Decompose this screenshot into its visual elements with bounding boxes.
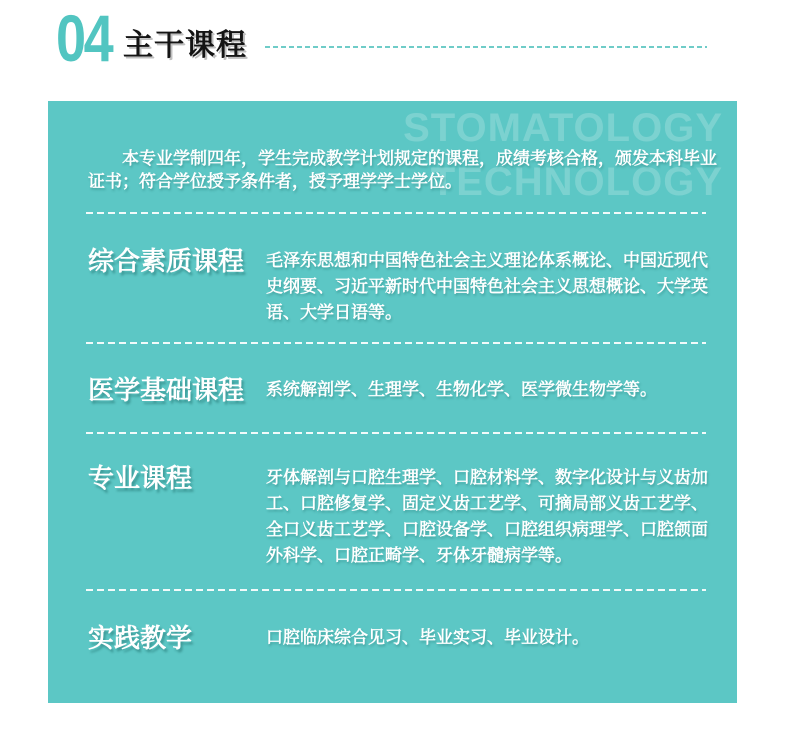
section-number: 04 (56, 2, 111, 74)
section-row-general-quality: 综合素质课程 毛泽东思想和中国特色社会主义理论体系概论、中国近现代 史纲要、习近… (88, 246, 710, 326)
section-row-major-courses: 专业课程 牙体解剖与口腔生理学、口腔材料学、数字化设计与义齿加 工、口腔修复学、… (88, 463, 710, 569)
section-content: 牙体解剖与口腔生理学、口腔材料学、数字化设计与义齿加 工、口腔修复学、固定义齿工… (266, 465, 710, 569)
section-content: 系统解剖学、生理学、生物化学、医学微生物学等。 (266, 377, 710, 403)
section-title: 主干课程 (123, 28, 247, 64)
header-dashed-line (265, 46, 707, 48)
dashed-separator (86, 589, 706, 591)
section-label: 综合素质课程 (88, 246, 266, 276)
section-label: 实践教学 (88, 623, 266, 653)
intro-paragraph: 本专业学制四年，学生完成教学计划规定的课程，成绩考核合格，颁发本科毕业 证书；符… (88, 147, 724, 193)
course-card: STOMATOLOGY TECHNOLOGY 本专业学制四年，学生完成教学计划规… (48, 101, 737, 703)
dashed-separator (86, 342, 706, 344)
section-content: 口腔临床综合见习、毕业实习、毕业设计。 (266, 625, 710, 651)
section-row-medical-basics: 医学基础课程 系统解剖学、生理学、生物化学、医学微生物学等。 (88, 375, 710, 405)
section-content: 毛泽东思想和中国特色社会主义理论体系概论、中国近现代 史纲要、习近平新时代中国特… (266, 248, 710, 326)
dashed-separator (86, 432, 706, 434)
section-row-practice-teaching: 实践教学 口腔临床综合见习、毕业实习、毕业设计。 (88, 623, 710, 653)
section-label: 专业课程 (88, 463, 266, 493)
dashed-separator (86, 212, 706, 214)
section-label: 医学基础课程 (88, 375, 266, 405)
